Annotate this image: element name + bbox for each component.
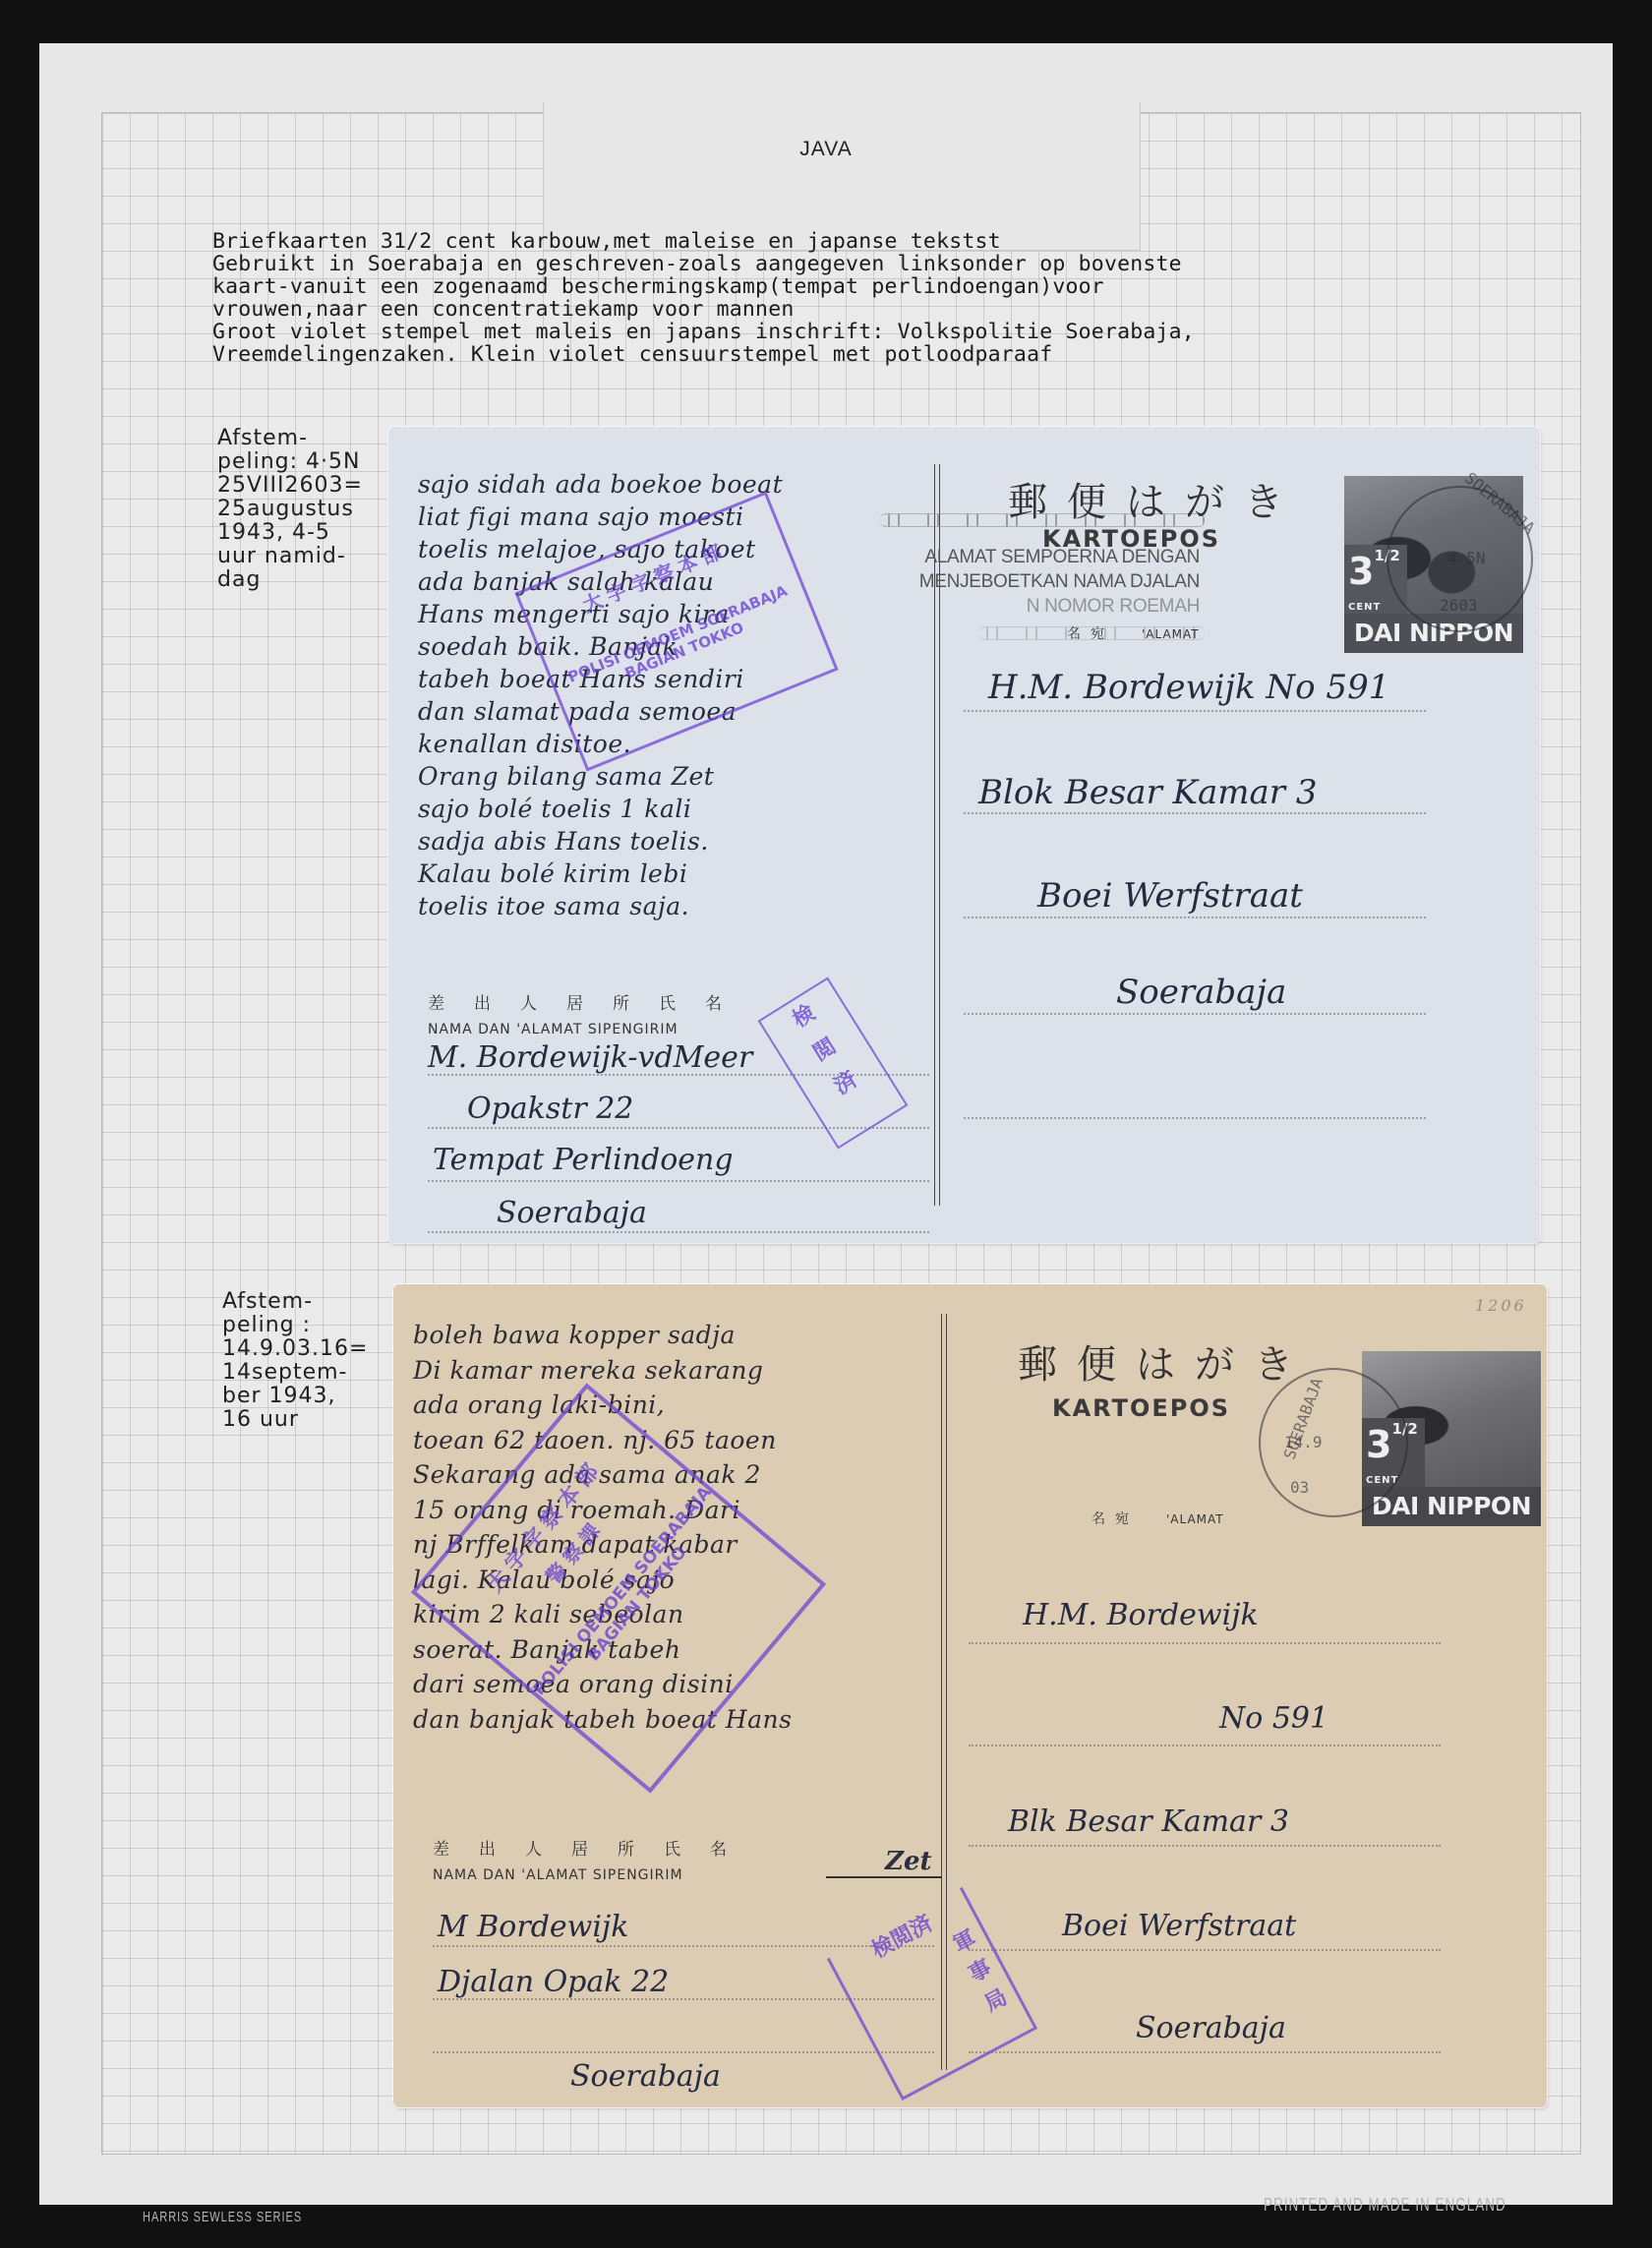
sender-city: Soerabaja [497,1196,647,1230]
address-label-text: 'ALAMAT [1166,1512,1224,1526]
sender-label: 差出人居所氏名 NAMA DAN 'ALAMAT SIPENGIRIM [433,1835,756,1883]
sender-city: Soerabaja [570,2059,721,2094]
caption-line: Afstem- [222,1290,368,1314]
message-line: Di kamar mereka sekarang [413,1353,792,1389]
dotted-line [964,710,1426,712]
caption-line: peling : [222,1314,368,1337]
dotted-line [969,1745,1441,1746]
dotted-line [964,812,1426,814]
message-line: sajo sidah ada boekoe boeat [418,468,783,501]
zet-note: Zet [826,1847,942,1878]
message-line: sadja abis Hans toelis. [418,825,783,858]
sender-label: 差出人居所氏名 NAMA DAN 'ALAMAT SIPENGIRIM [428,989,751,1037]
sender-label-text: NAMA DAN 'ALAMAT SIPENGIRIM [428,1022,751,1037]
censor-stamp: 検閲済 軍 事 局 [827,1887,1037,2100]
dotted-line [428,1231,929,1233]
intro-line: Gebruikt in Soerabaja en geschreven-zoal… [212,253,1589,275]
censor-stamp: 検 閲 済 [758,976,909,1149]
message-line: Kalau bolé kirim lebi [418,858,783,890]
dotted-line [969,1949,1441,1951]
card-header-kartoepos: KARTOEPOS [1052,1394,1230,1422]
dotted-line [964,1013,1426,1015]
sender-name: M Bordewijk [438,1910,628,1944]
recipient-street: Boei Werfstraat [1037,879,1303,913]
postmark-icon: SOERABAJA 14.9 03 [1259,1368,1408,1517]
caption-line: 25VIII2603= [217,474,363,498]
sender-label-jp: 差出人居所氏名 [433,1835,756,1860]
caption-line: Afstem- [217,427,363,450]
caption-line: dag [217,568,363,592]
footer-series: HARRIS SEWLESS SERIES [143,2210,302,2225]
caption-line: 14septem- [222,1361,368,1385]
sender-camp: Tempat Perlindoeng [433,1143,734,1177]
postcard-2[interactable]: boleh bawa kopper sadja Di kamar mereka … [393,1284,1547,2107]
address-label: 名宛'ALAMAT [1091,1509,1224,1528]
address-label-jp: 名宛 [1091,1511,1139,1527]
sender-name: M. Bordewijk-vdMeer [428,1040,752,1075]
pencil-note: 1206 [1475,1296,1527,1315]
intro-line: vrouwen,naar een concentratiekamp voor m… [212,298,1589,321]
sender-label-jp: 差出人居所氏名 [428,989,751,1014]
dotted-line [964,1117,1426,1119]
caption-line: 14.9.03.16= [222,1337,368,1361]
sender-street: Opakstr 22 [467,1092,633,1126]
address-label: 名宛'ALAMAT [1067,623,1200,643]
dotted-line [428,1180,929,1182]
postmark-icon: SOERABAJA 4-5N 2603 [1386,486,1533,632]
recipient-block: Blk Besar Kamar 3 [1008,1805,1289,1839]
slogan-line: N NOMOR ROEMAH [885,594,1200,619]
card-header-jp: 郵便はがき [1018,1333,1313,1390]
recipient-city: Soerabaja [1136,2012,1286,2045]
page-title: JAVA [39,138,1613,161]
message-line: toelis itoe sama saja. [418,890,783,922]
intro-line: Briefkaarten 31/2 cent karbouw,met malei… [212,230,1589,253]
address-label-jp: 名宛 [1067,626,1114,642]
sender-label-text: NAMA DAN 'ALAMAT SIPENGIRIM [433,1867,756,1883]
sender-street: Djalan Opak 22 [438,1965,669,1999]
message-line: boleh bawa kopper sadja [413,1318,792,1353]
slogan-line: ALAMAT SEMPOERNA DENGAN [885,545,1200,569]
recipient-street: Boei Werfstraat [1062,1910,1296,1943]
caption-line: ber 1943, [222,1385,368,1408]
intro-line: Groot violet stempel met maleis en japan… [212,321,1589,343]
dotted-line [969,1642,1441,1644]
intro-line: kaart-vanuit een zogenaamd beschermingsk… [212,275,1589,298]
caption-line: uur namid- [217,545,363,568]
recipient-name: H.M. Bordewijk No 591 [988,671,1389,704]
caption-line: peling: 4·5N [217,450,363,474]
card1-caption: Afstem- peling: 4·5N 25VIII2603= 25augus… [217,427,363,592]
slogan-line: MENJEBOETKAN NAMA DJALAN [885,569,1200,594]
postcard-1[interactable]: sajo sidah ada boekoe boeat liat figi ma… [388,427,1540,1243]
caption-line: 16 uur [222,1408,368,1432]
card-header-jp: 郵便はがき [1008,471,1303,527]
dotted-line [964,917,1426,918]
dotted-line [433,2051,934,2053]
slogan-cancel: ALAMAT SEMPOERNA DENGAN MENJEBOETKAN NAM… [885,545,1200,619]
intro-line: Vreemdelingenzaken. Klein violet censuur… [212,343,1589,366]
recipient-block: Blok Besar Kamar 3 [978,776,1318,809]
intro-description: Briefkaarten 31/2 cent karbouw,met malei… [212,230,1589,366]
address-label-text: 'ALAMAT [1142,627,1200,641]
dotted-line [969,2051,1441,2053]
recipient-city: Soerabaja [1116,976,1286,1009]
caption-line: 25augustus [217,498,363,521]
dotted-line [969,1845,1441,1847]
recipient-name: H.M. Bordewijk [1023,1599,1259,1632]
footer-printed: PRINTED AND MADE IN ENGLAND [1264,2194,1506,2215]
card2-caption: Afstem- peling : 14.9.03.16= 14septem- b… [222,1290,368,1432]
caption-line: 1943, 4-5 [217,521,363,545]
recipient-number: No 591 [1219,1702,1328,1736]
album-page: JAVA Briefkaarten 31/2 cent karbouw,met … [39,43,1613,2205]
message-line: sajo bolé toelis 1 kali [418,793,783,825]
